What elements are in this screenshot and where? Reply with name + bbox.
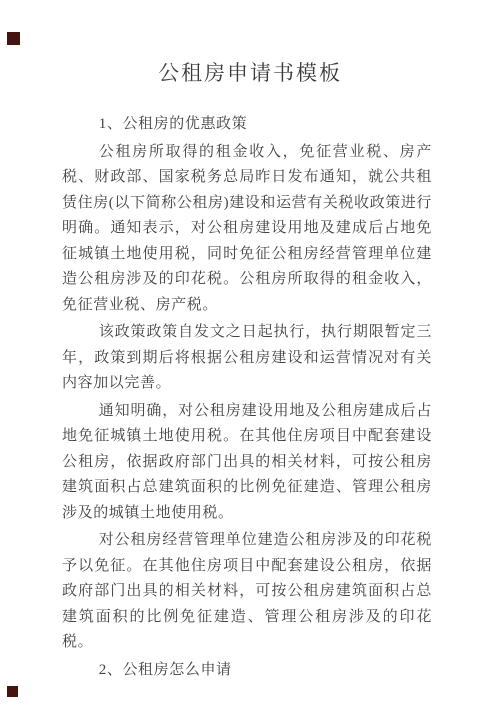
- body-paragraph: 公租房所取得的租金收入，免征营业税、房产税、财政部、国家税务总局昨日发布通知，就…: [62, 140, 432, 319]
- corner-ink-mark-top-left: [7, 32, 20, 45]
- document-page: 公租房申请书模板 1、公租房的优惠政策公租房所取得的租金收入，免征营业税、房产税…: [0, 0, 500, 708]
- section-heading: 2、公租房怎么申请: [62, 658, 432, 684]
- section-heading: 1、公租房的优惠政策: [62, 112, 432, 138]
- body-paragraph: 该政策政策自发文之日起执行，执行期限暂定三年，政策到期后将根据公租房建设和运营情…: [62, 320, 432, 397]
- corner-ink-mark-bottom-left: [7, 686, 18, 697]
- document-body: 1、公租房的优惠政策公租房所取得的租金收入，免征营业税、房产税、财政部、国家税务…: [62, 111, 432, 685]
- page-title: 公租房申请书模板: [0, 57, 500, 87]
- body-paragraph: 通知明确，对公租房建设用地及公租房建成后占地免征城镇土地使用税。在其他住房项目中…: [62, 399, 432, 527]
- body-paragraph: 对公租房经营管理单位建造公租房涉及的印花税予以免征。在其他住房项目中配套建设公租…: [62, 528, 432, 656]
